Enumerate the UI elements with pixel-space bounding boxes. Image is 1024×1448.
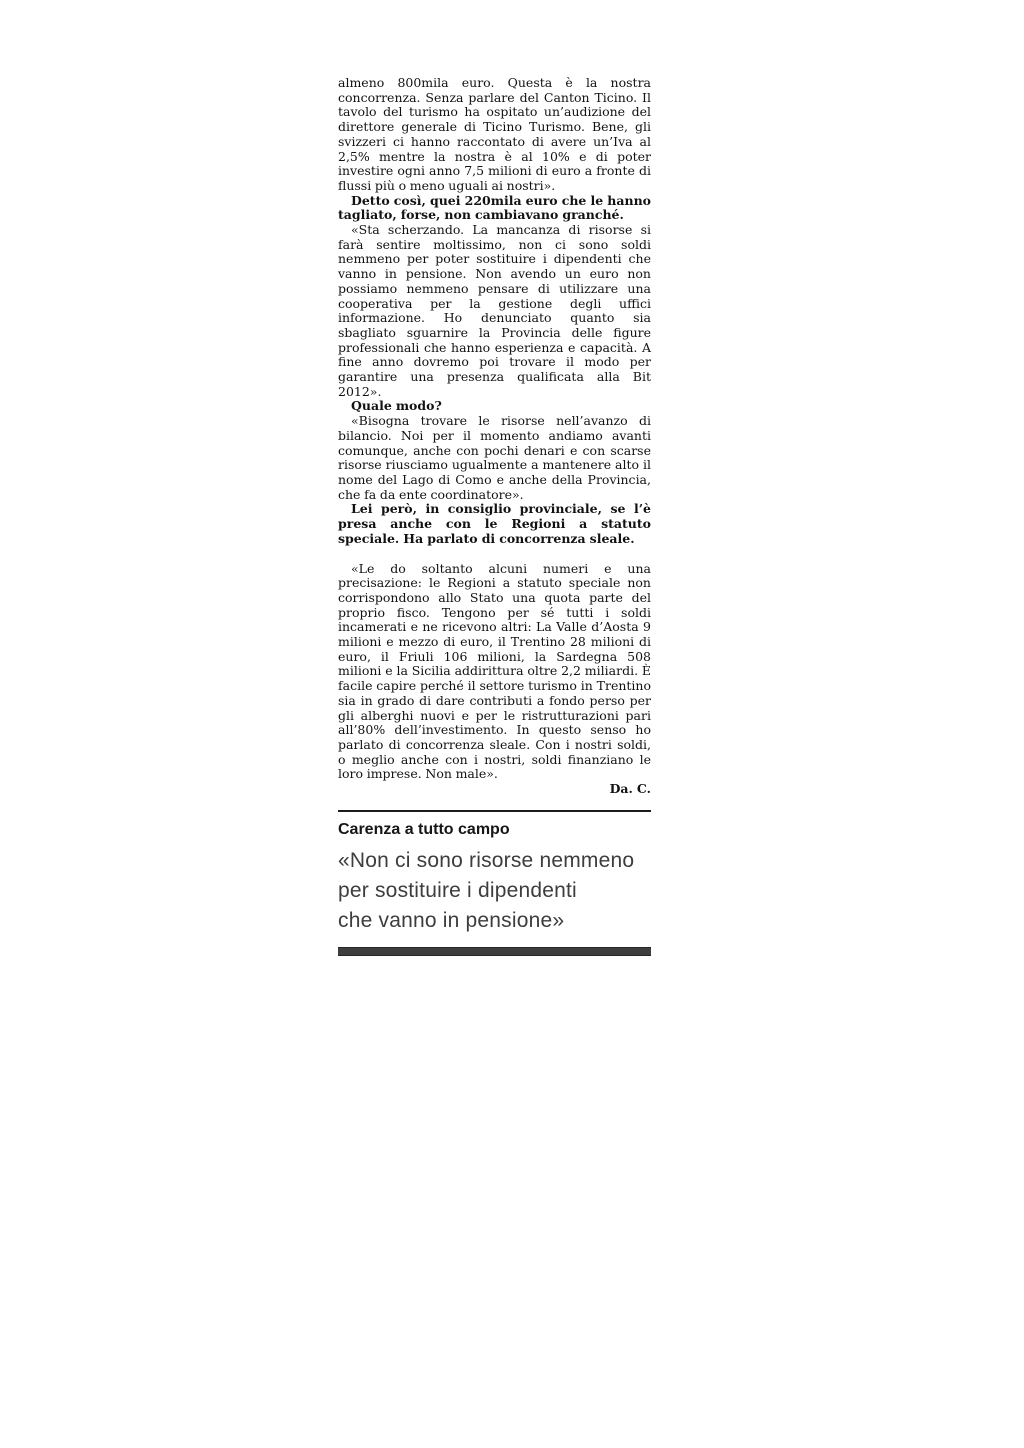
bottom-bar <box>338 947 651 956</box>
article-paragraph: almeno 800mila euro. Questa è la nostra … <box>338 76 651 194</box>
interview-question: Lei però, in consiglio provinciale, se l… <box>338 502 651 546</box>
interview-question: Quale modo? <box>338 399 651 414</box>
divider-rule <box>338 810 651 812</box>
interview-question: Detto così, quei 220mila euro che le han… <box>338 194 651 223</box>
article-column: almeno 800mila euro. Questa è la nostra … <box>338 76 651 956</box>
pullquote-line: per sostituire i dipendenti <box>338 876 651 906</box>
pullquote-line: «Non ci sono risorse nemmeno <box>338 846 651 876</box>
article-body: almeno 800mila euro. Questa è la nostra … <box>338 76 651 797</box>
byline: Da. C. <box>338 782 651 797</box>
pullquote-box: Carenza a tutto campo «Non ci sono risor… <box>338 821 651 956</box>
article-paragraph: «Bisogna trovare le risorse nell’avanzo … <box>338 414 651 502</box>
newspaper-page: { "article": { "paragraphs": [ { "text":… <box>0 0 1024 1448</box>
article-paragraph: «Le do soltanto alcuni numeri e una prec… <box>338 562 651 783</box>
article-paragraph: «Sta scherzando. La mancanza di risorse … <box>338 223 651 399</box>
pullquote-kicker: Carenza a tutto campo <box>338 821 651 839</box>
pullquote-line: che vanno in pensione» <box>338 906 651 936</box>
pullquote-text: «Non ci sono risorse nemmeno per sostitu… <box>338 846 651 936</box>
